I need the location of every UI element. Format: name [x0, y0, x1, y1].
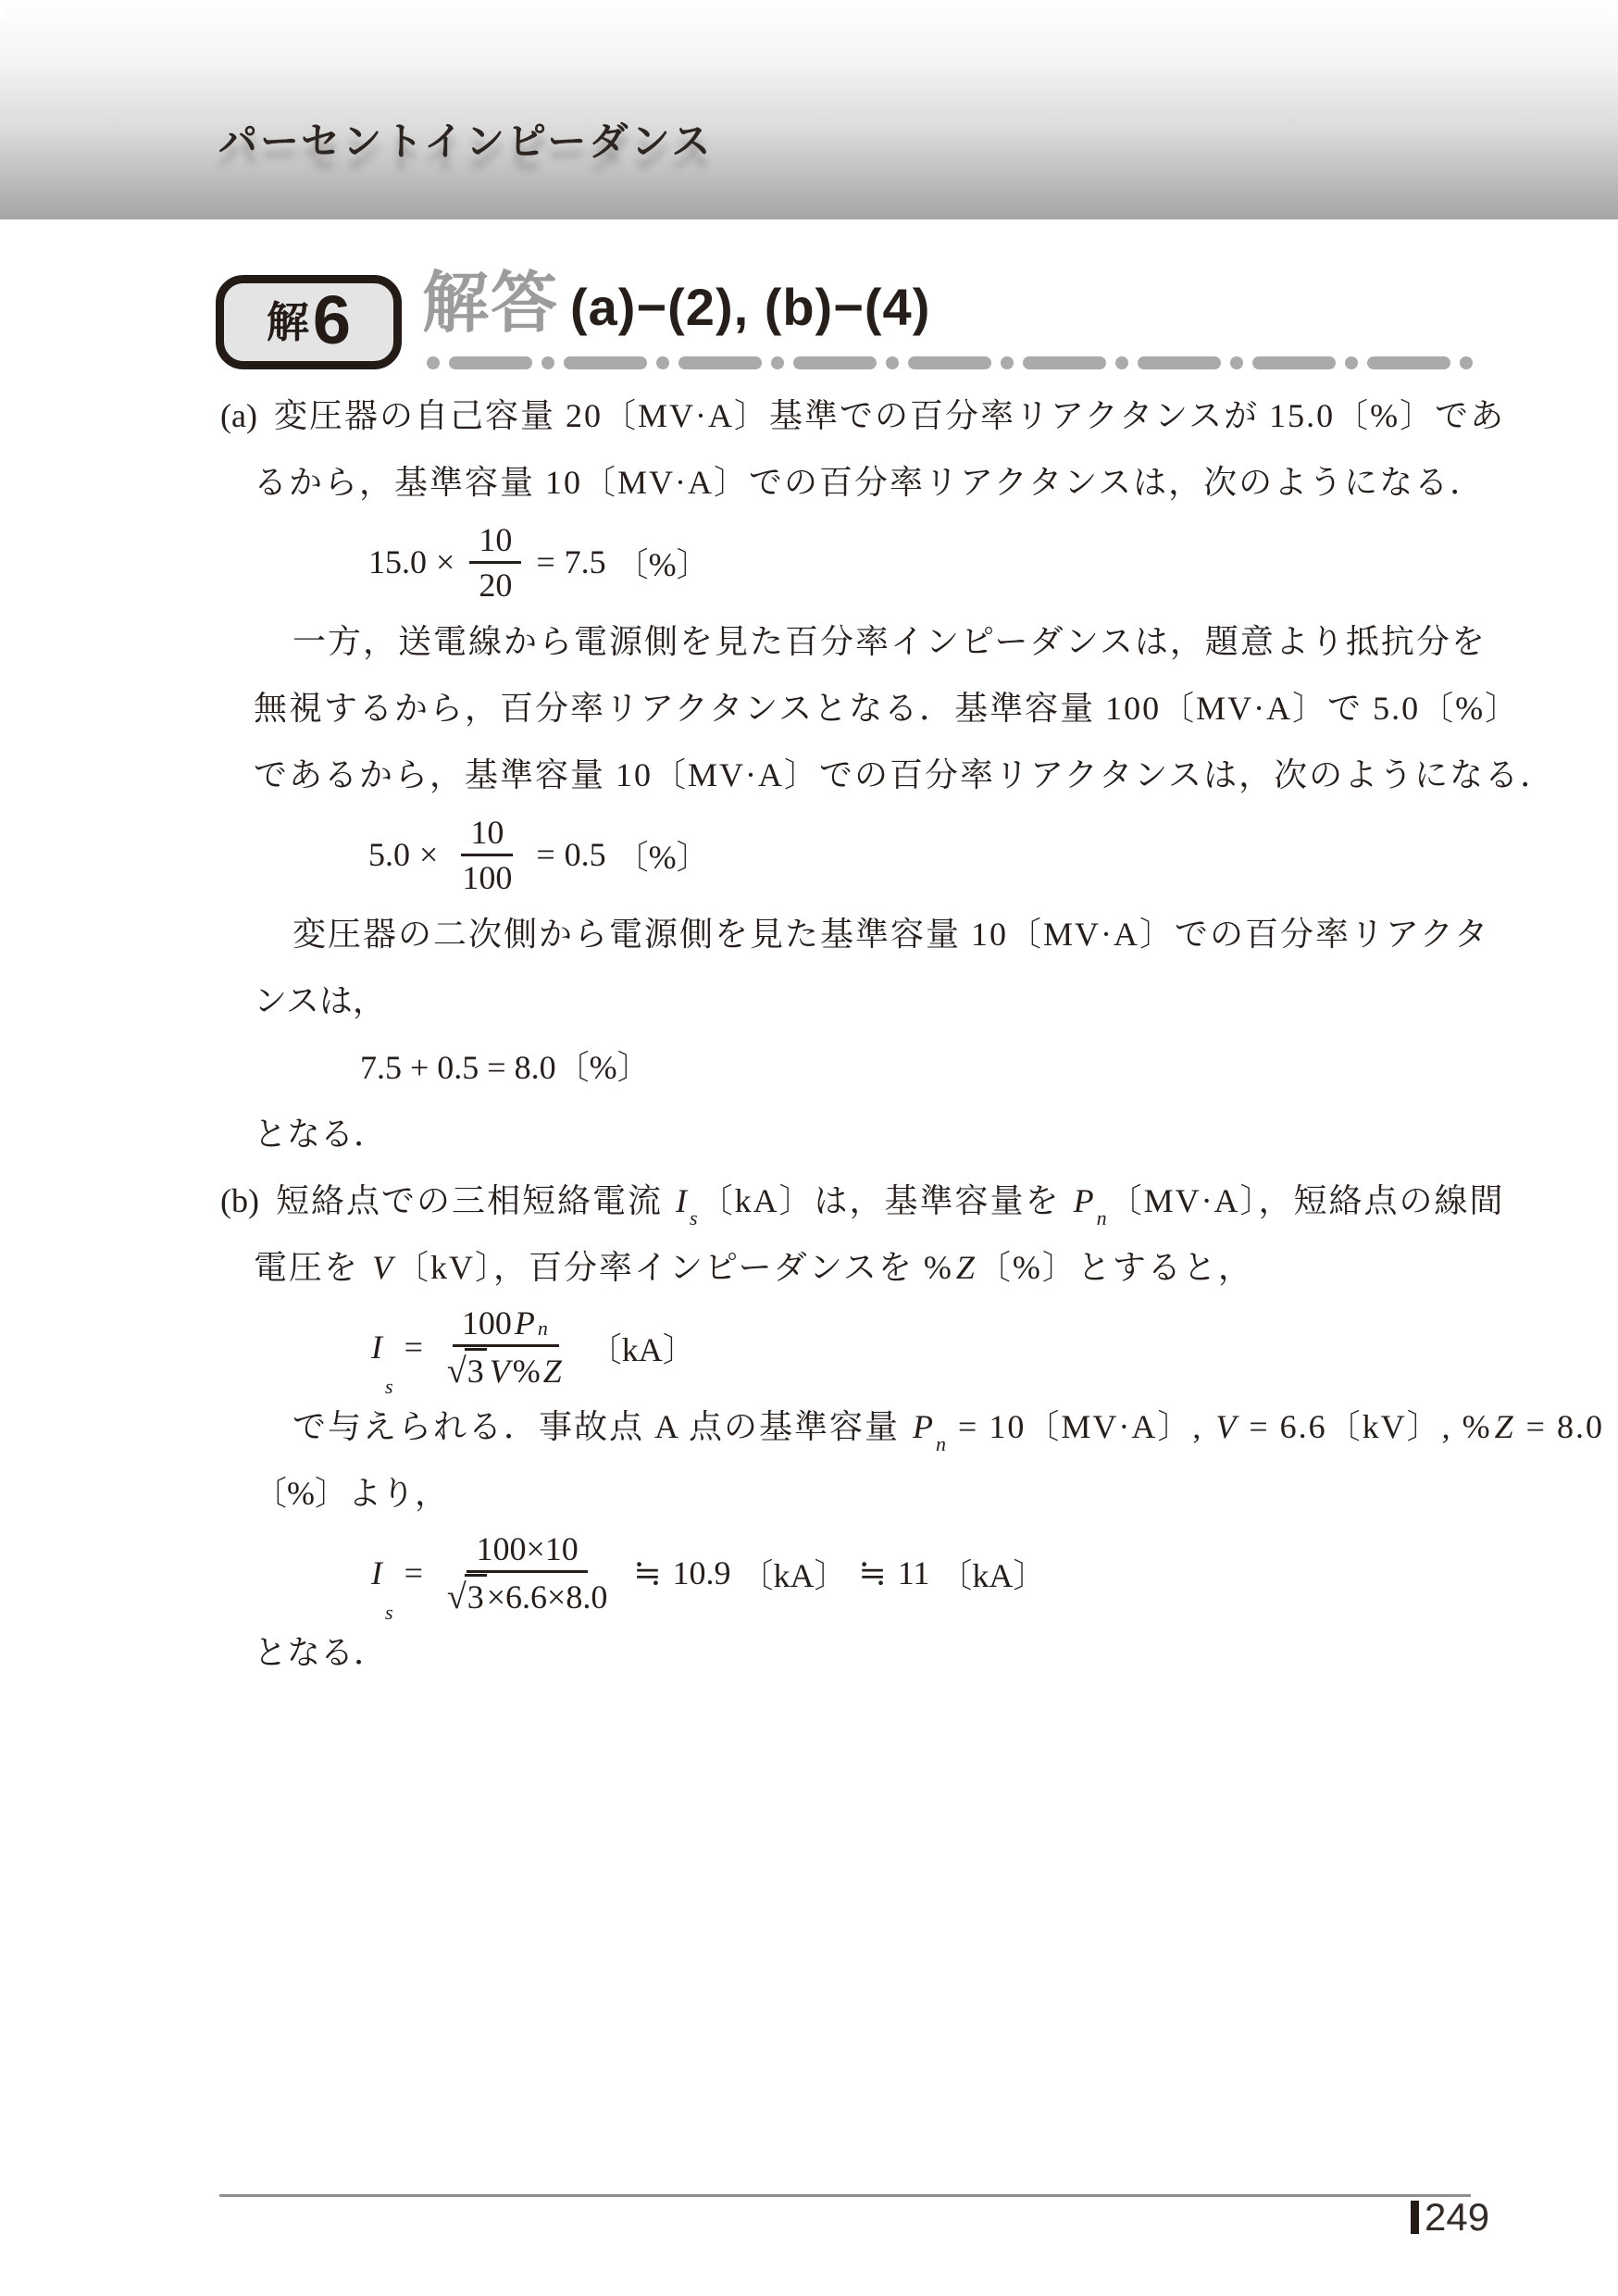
part-b-label: (b) [220, 1167, 259, 1234]
formula-a1: 15.0 × 1020 = 7.5 〔%〕 [220, 516, 1498, 608]
chapter-title: パーセントインピーダンス [218, 111, 714, 167]
dash-bar [678, 356, 762, 369]
math-sub-n: n [538, 1308, 548, 1349]
page-number: 249 [1411, 2198, 1489, 2237]
math-sub-s: s [385, 1375, 393, 1399]
multiply-sign: × [419, 835, 438, 874]
radical-sign: √ [447, 1577, 467, 1617]
dash-dot [1345, 356, 1358, 369]
math-sub-n: n [1097, 1185, 1107, 1252]
para-b-line1: (b)短絡点での三相短絡電流 Is〔kA〕は，基準容量を Pn〔MV·A〕，短絡… [220, 1167, 1498, 1234]
math-var-Z: Z [541, 1351, 565, 1391]
math-var-Is: I [368, 1328, 385, 1366]
unit-2: 〔kA〕 [939, 1550, 1046, 1597]
radicand: 3 [465, 1348, 487, 1391]
multiply-sign: × [436, 543, 454, 581]
dash-dot [1001, 356, 1014, 369]
equals-sign: = [404, 1328, 423, 1366]
chapter-banner: パーセントインピーダンス [0, 0, 1618, 219]
footer-rule [219, 2194, 1471, 2197]
para-a-line6: 変圧器の二次側から電源側を見た基準容量 10〔MV·A〕での百分率リアクタ [220, 901, 1498, 967]
page-number-bar [1411, 2201, 1419, 2234]
dash-dot [1115, 356, 1128, 369]
math-var-Pn: P [512, 1303, 538, 1343]
formula-b2: Is = 100×10 √3×6.6×8.0 ≒ 10.9 〔kA〕 ≒ 11 … [220, 1527, 1498, 1619]
denominator: 20 [469, 564, 521, 605]
solution-number-badge: 解 6 [216, 275, 402, 369]
page-number-text: 249 [1425, 2198, 1489, 2237]
numerator: 100Pn [453, 1303, 559, 1347]
body-text: 〔%〕とすると， [977, 1249, 1253, 1286]
decorative-dash-line [427, 356, 1473, 369]
dash-bar [908, 356, 991, 369]
dash-bar [564, 356, 647, 369]
para-a-line1: (a)変圧器の自己容量 20〔MV·A〕基準での百分率リアクタンスが 15.0〔… [220, 382, 1498, 449]
math-var-Pn: P [910, 1408, 936, 1445]
denominator: √3×6.6×8.0 [438, 1573, 616, 1617]
coefficient: 100 [462, 1303, 512, 1343]
result: 7.5 [565, 543, 606, 581]
math-sub-n: n [936, 1411, 946, 1478]
unit: 〔%〕 [616, 539, 710, 586]
dash-bar [1252, 356, 1336, 369]
fraction: 10100 [453, 812, 521, 898]
dash-bar [449, 356, 532, 369]
part-a-label: (a) [220, 382, 257, 449]
math-var-Z: Z [1492, 1408, 1516, 1445]
coefficient: 15.0 [368, 543, 427, 581]
approx-sign: ≒ [859, 1554, 887, 1592]
body-text: 〔kA〕は，基準容量を [700, 1182, 1071, 1219]
badge-number: 6 [313, 286, 351, 355]
denominator: 100 [453, 856, 521, 898]
dash-dot [886, 356, 899, 369]
percent-sign: % [513, 1351, 541, 1391]
para-a-line4: 無視するから，百分率リアクタンスとなる．基準容量 100〔MV·A〕で 5.0〔… [220, 675, 1498, 742]
unit: 〔kA〕 [589, 1324, 696, 1371]
book-page: パーセントインピーダンス 解 6 解答 (a)−(2), (b)−(4) (a)… [0, 0, 1618, 2296]
dash-dot [541, 356, 554, 369]
para-a-line3: 一方，送電線から電源側を見た百分率インピーダンスは，題意より抵抗分を [220, 608, 1498, 675]
radicand: 3 [465, 1574, 487, 1617]
math-var-V: V [487, 1351, 513, 1391]
numerator: 10 [469, 519, 521, 564]
para-a-line2: るから，基準容量 10〔MV·A〕での百分率リアクタンスは，次のようになる． [220, 449, 1498, 516]
para-b-line4: 〔%〕より， [220, 1460, 1498, 1527]
formula-a2: 5.0 × 10100 = 0.5 〔%〕 [220, 808, 1498, 901]
math-var-Is: I [673, 1182, 690, 1219]
body-text: = 6.6〔kV〕, % [1238, 1408, 1491, 1445]
dash-bar [793, 356, 877, 369]
equals-sign: = [536, 543, 554, 581]
dash-bar [1367, 356, 1450, 369]
dash-dot [1460, 356, 1473, 369]
answer-summary: (a)−(2), (b)−(4) [570, 281, 930, 333]
dash-bar [1023, 356, 1106, 369]
approx-sign: ≒ [633, 1554, 661, 1592]
body-text: 短絡点での三相短絡電流 [276, 1182, 673, 1219]
equals-sign: = [536, 835, 554, 874]
para-a-line7: ンスは， [220, 967, 1498, 1034]
math-var-V: V [1213, 1408, 1238, 1445]
para-b-line5: となる． [220, 1619, 1498, 1686]
body-text: = 10〔MV·A〕, [948, 1408, 1213, 1445]
math-var-Z: Z [953, 1249, 977, 1286]
fraction: 100Pn √3V%Z [438, 1303, 574, 1391]
equals-sign: = [404, 1554, 423, 1592]
numerator: 10 [461, 812, 513, 856]
radical-sign: √ [447, 1351, 467, 1391]
math-sub-s: s [385, 1601, 393, 1625]
fraction: 100×10 √3×6.6×8.0 [438, 1529, 616, 1617]
para-a-line5: であるから，基準容量 10〔MV·A〕での百分率リアクタンスは，次のようになる． [220, 742, 1498, 808]
solution-body: (a)変圧器の自己容量 20〔MV·A〕基準での百分率リアクタンスが 15.0〔… [220, 382, 1498, 1686]
formula-b1: Is = 100Pn √3V%Z 〔kA〕 [220, 1301, 1498, 1393]
den-rest: ×6.6×8.0 [487, 1577, 608, 1617]
unit: 〔%〕 [616, 831, 710, 879]
math-var-Is: I [368, 1554, 385, 1592]
coefficient: 5.0 [368, 835, 410, 874]
denominator: √3V%Z [438, 1347, 574, 1391]
result-2: 11 [898, 1554, 930, 1592]
body-text: = 8.0 [1516, 1408, 1604, 1445]
dash-dot [656, 356, 669, 369]
dash-dot [427, 356, 440, 369]
dash-dot [1230, 356, 1243, 369]
math-var-V: V [369, 1249, 395, 1286]
result-1: 10.9 [673, 1554, 731, 1592]
para-b-line2: 電圧を V〔kV〕，百分率インピーダンスを %Z〔%〕とすると， [220, 1234, 1498, 1301]
body-text: 変圧器の自己容量 20〔MV·A〕基準での百分率リアクタンスが 15.0〔%〕で… [274, 397, 1505, 434]
dash-bar [1138, 356, 1221, 369]
solution-heading: 解答 [422, 270, 559, 337]
unit-1: 〔kA〕 [741, 1550, 848, 1597]
badge-kanji: 解 [267, 301, 309, 343]
sum-equation: 7.5 + 0.5 = 8.0〔%〕 [220, 1034, 1498, 1101]
body-text: 〔kV〕，百分率インピーダンスを % [395, 1249, 953, 1286]
body-text: で与えられる．事故点 A 点の基準容量 [292, 1408, 910, 1445]
body-text: 電圧を [254, 1249, 369, 1286]
numerator: 100×10 [467, 1529, 587, 1573]
fraction: 1020 [469, 519, 521, 605]
math-sub-s: s [690, 1185, 698, 1252]
dash-dot [771, 356, 784, 369]
result: 0.5 [565, 835, 606, 874]
math-var-Pn: P [1071, 1182, 1097, 1219]
para-b-line3: で与えられる．事故点 A 点の基準容量 Pn = 10〔MV·A〕, V = 6… [220, 1393, 1498, 1460]
para-a-line8: となる． [220, 1101, 1498, 1167]
body-text: 〔MV·A〕，短絡点の線間 [1109, 1182, 1505, 1219]
